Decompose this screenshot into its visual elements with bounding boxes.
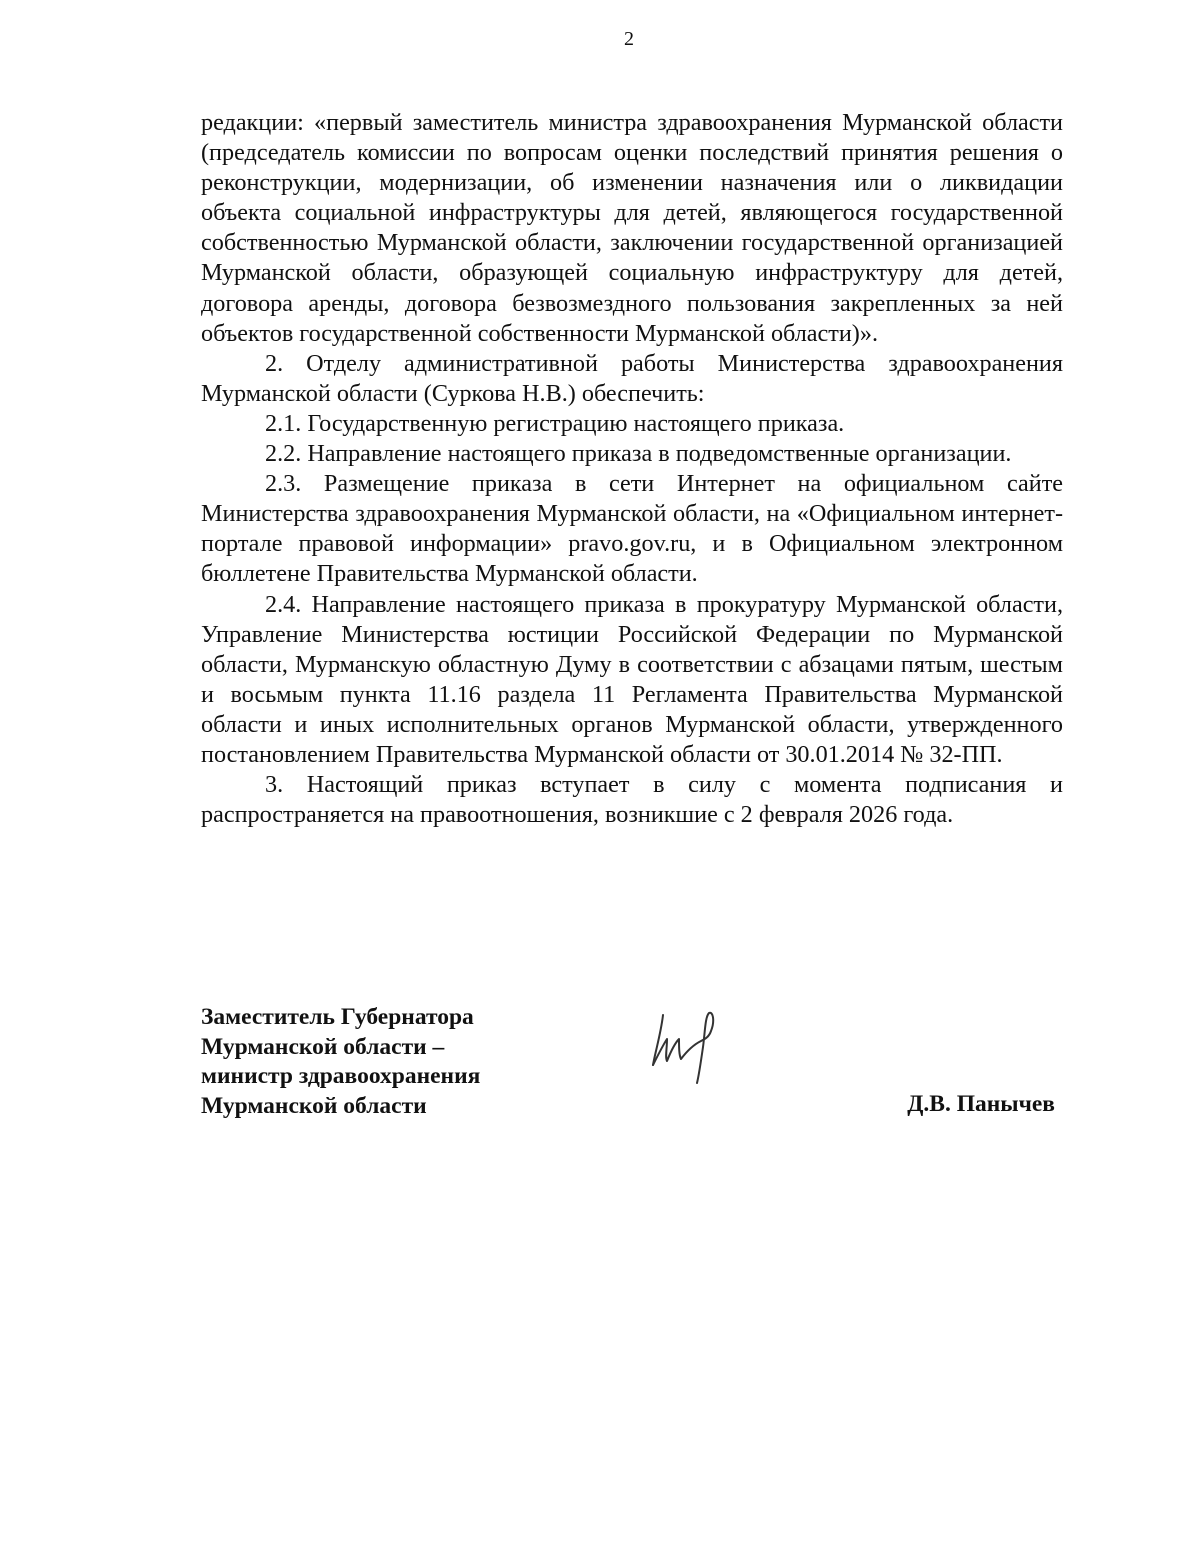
paragraph-item-2-3: 2.3. Размещение приказа в сети Интернет … xyxy=(201,469,1063,589)
paragraph-intro: редакции: «первый заместитель министра з… xyxy=(201,108,1063,349)
paragraph-item-2-4: 2.4. Направление настоящего приказа в пр… xyxy=(201,590,1063,771)
signer-title: Заместитель Губернатора Мурманской облас… xyxy=(201,1003,480,1121)
paragraph-item-2: 2. Отделу административной работы Минист… xyxy=(201,349,1063,409)
paragraph-item-3: 3. Настоящий приказ вступает в силу с мо… xyxy=(201,770,1063,830)
handwritten-signature-icon xyxy=(649,1003,759,1093)
signature-block: Заместитель Губернатора Мурманской облас… xyxy=(201,1003,1063,1123)
document-body: редакции: «первый заместитель министра з… xyxy=(201,108,1063,830)
signer-title-line: министр здравоохранения xyxy=(201,1062,480,1092)
paragraph-item-2-2: 2.2. Направление настоящего приказа в по… xyxy=(201,439,1063,469)
signer-title-line: Мурманской области xyxy=(201,1092,480,1122)
signer-title-line: Заместитель Губернатора xyxy=(201,1003,480,1033)
signer-title-line: Мурманской области – xyxy=(201,1033,480,1063)
page-number: 2 xyxy=(0,28,1200,51)
signer-name: Д.В. Панычев xyxy=(907,1091,1055,1118)
paragraph-item-2-1: 2.1. Государственную регистрацию настоящ… xyxy=(201,409,1063,439)
